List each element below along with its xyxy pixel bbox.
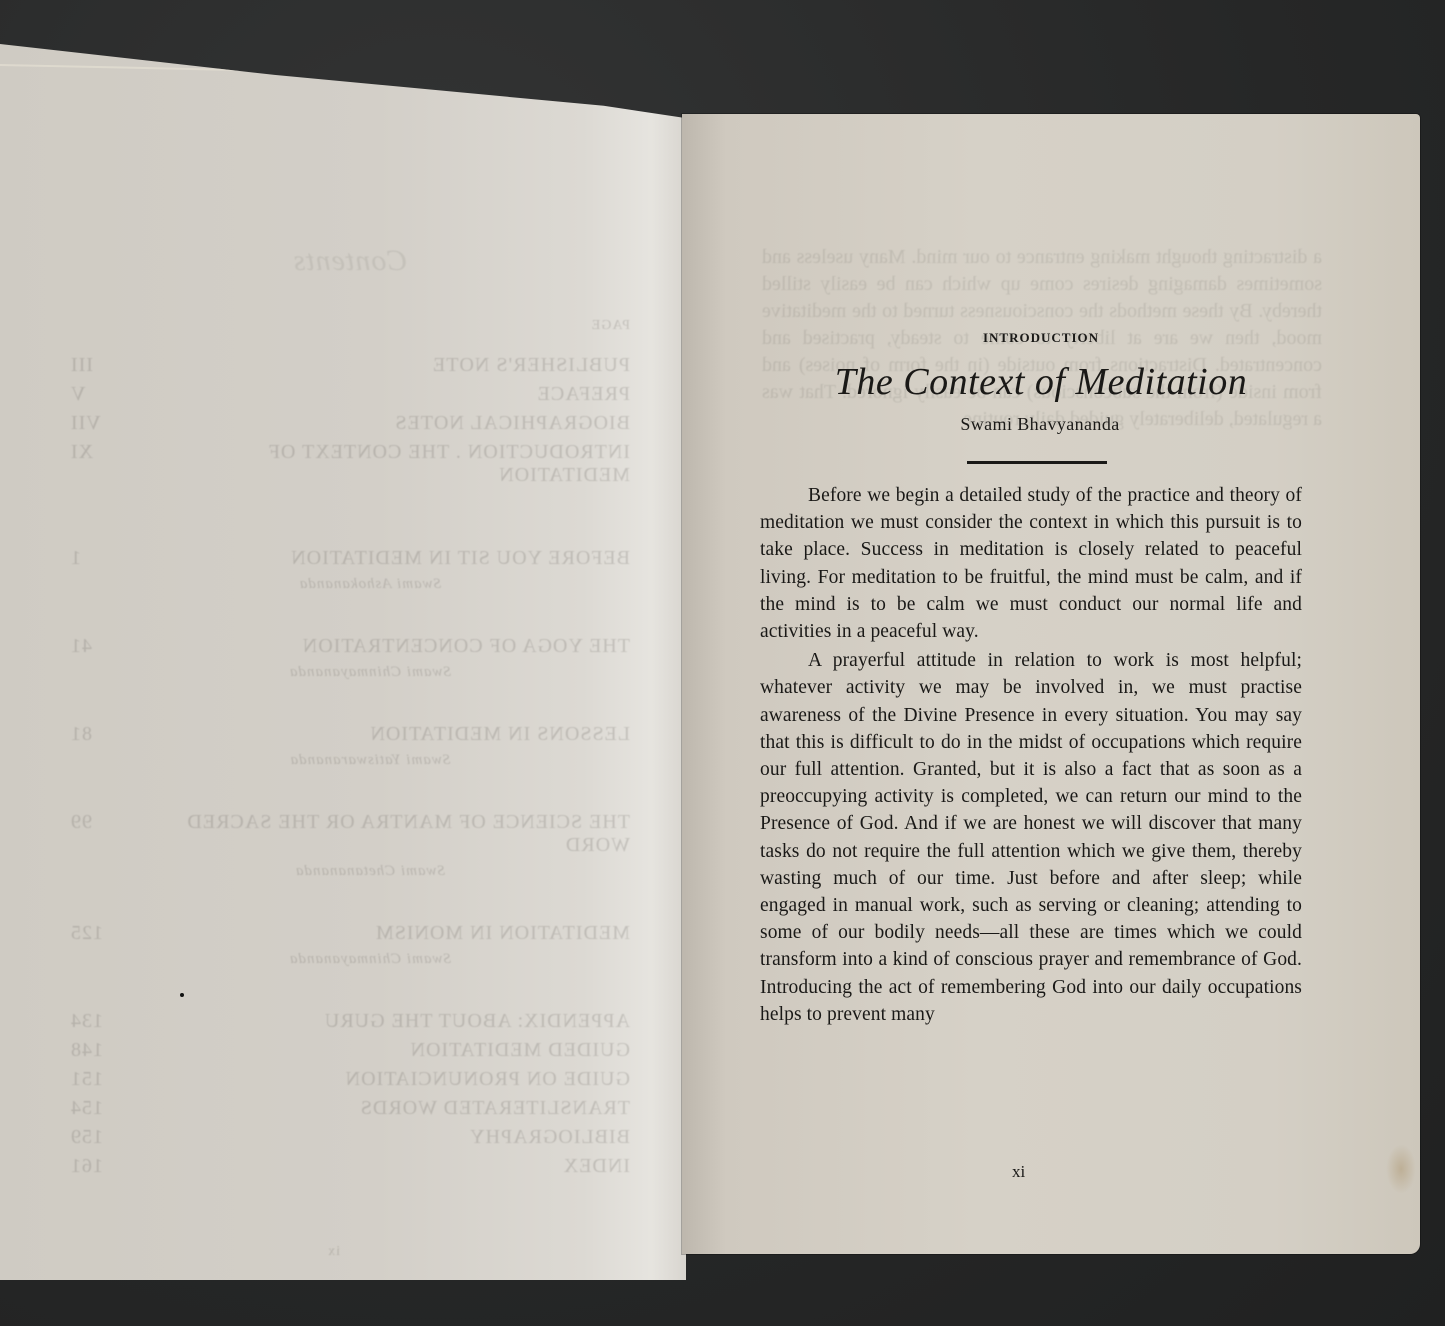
paper-stain (1386, 1144, 1416, 1194)
toc-entry: THE SCIENCE OF MANTRA OR THE SACRED WORD… (70, 811, 630, 857)
toc-entry: BIOGRAPHICAL NOTESvii (70, 412, 630, 435)
showthrough-folio: ix (327, 1244, 340, 1260)
toc-entry: GUIDE ON PRONUNCIATION151 (70, 1068, 630, 1091)
chapter-author: Swami Bhavyananda (778, 414, 1302, 435)
right-page: a distracting thought making entrance to… (682, 114, 1420, 1254)
toc-entry: PUBLISHER'S NOTEiii (70, 354, 630, 377)
toc-entry: INTRODUCTION . THE CONTEXT OF MEDITATION… (70, 441, 630, 487)
toc-entry: GUIDED MEDITATION148 (70, 1039, 630, 1062)
showthrough-page-label: PAGE (70, 318, 630, 334)
body-paragraph: A prayerful attitude in relation to work… (760, 647, 1302, 1028)
table-of-contents-showthrough: Contents PAGE PUBLISHER'S NOTEiii PREFAC… (70, 244, 630, 1184)
toc-entry-author: Swami Chetanananda (70, 863, 630, 880)
title-rule-divider (967, 461, 1107, 464)
page-content: INTRODUCTION The Context of Meditation S… (760, 330, 1302, 1028)
toc-entry-author: Swami Chinmayananda (70, 664, 630, 681)
toc-entry: MEDITATION IN MONISM125 (70, 922, 630, 945)
page-number: xi (1012, 1162, 1025, 1182)
toc-entry: APPENDIX: ABOUT THE GURU134 (70, 1010, 630, 1033)
left-page: Contents PAGE PUBLISHER'S NOTEiii PREFAC… (0, 44, 686, 1280)
section-kicker: INTRODUCTION (780, 330, 1302, 346)
toc-entry: BEFORE YOU SIT IN MEDITATION1 (70, 547, 630, 570)
toc-entry: TRANSLITERATED WORDS154 (70, 1097, 630, 1120)
toc-entry-author: Swami Yatiswarananda (70, 752, 630, 769)
toc-entry: LESSONS IN MEDITATION81 (70, 723, 630, 746)
chapter-title: The Context of Meditation (780, 360, 1302, 404)
toc-entry-author: Swami Ashokananda (70, 576, 630, 593)
toc-entry: PREFACEv (70, 383, 630, 406)
toc-entry: THE YOGA OF CONCENTRATION41 (70, 635, 630, 658)
toc-entry: INDEX161 (70, 1155, 630, 1178)
body-paragraph: Before we begin a detailed study of the … (760, 482, 1302, 645)
toc-entry: BIBLIOGRAPHY159 (70, 1126, 630, 1149)
toc-entry-author: Swami Chinmayananda (70, 951, 630, 968)
ink-speck (180, 993, 184, 997)
showthrough-header: Contents (70, 244, 630, 278)
